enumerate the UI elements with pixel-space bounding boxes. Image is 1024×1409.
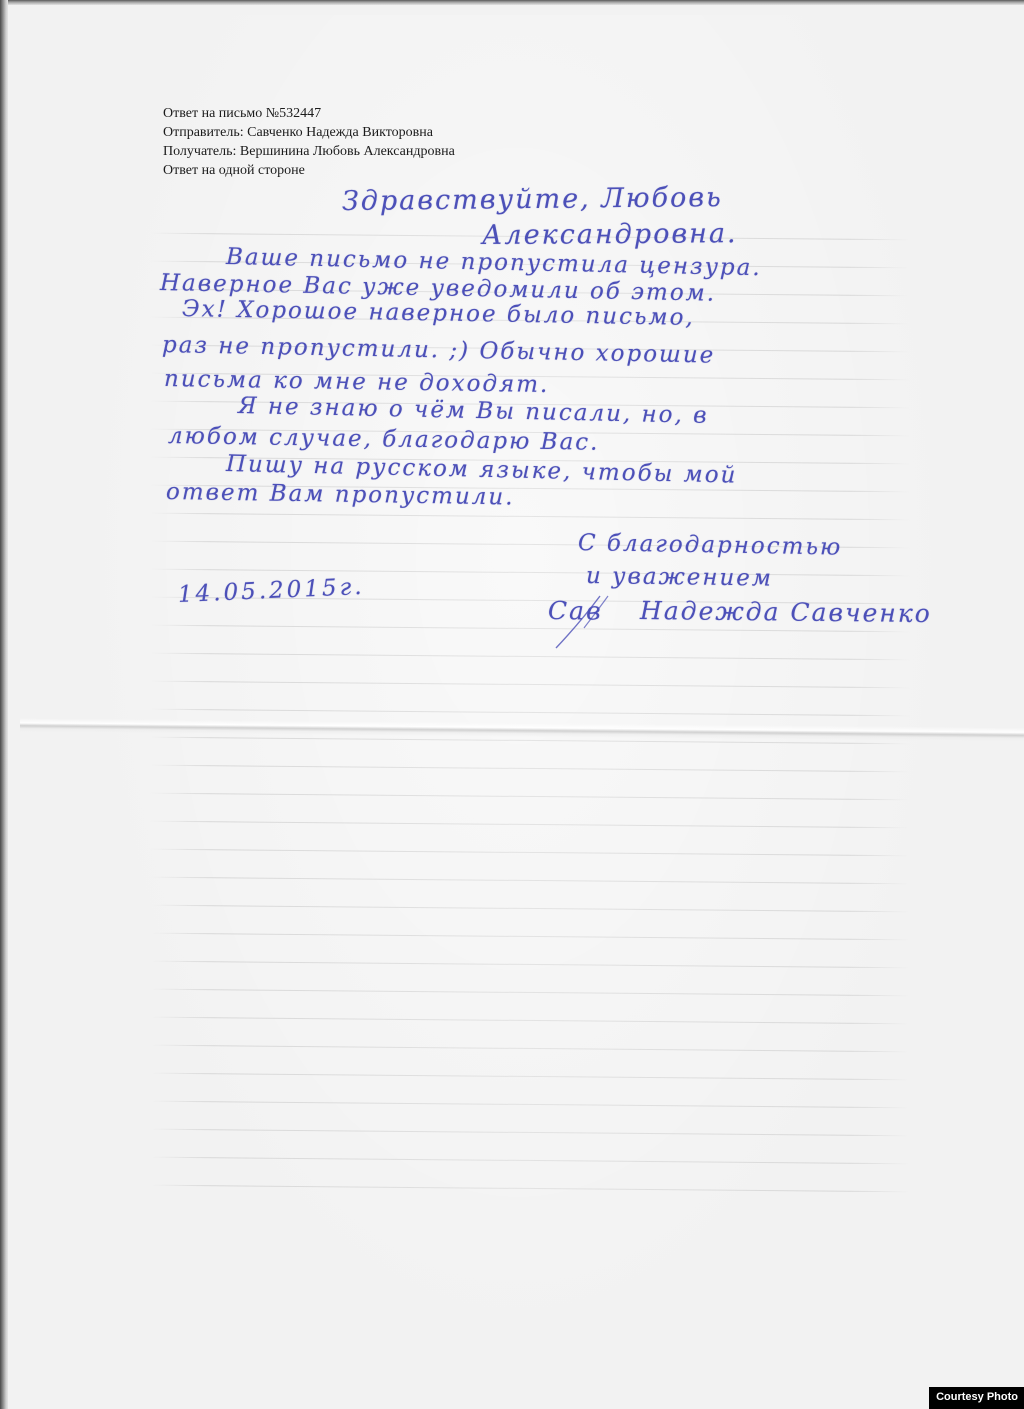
reply-reference: Ответ на письмо №532447 <box>163 104 455 123</box>
letter-page <box>8 5 1024 1409</box>
greeting-line-2: Александровна. <box>482 218 738 251</box>
greeting-line-1: Здравствуйте, Любовь <box>342 182 723 217</box>
scan-edge-left <box>0 0 8 1409</box>
closing-line-1: С благодарностью <box>578 530 843 561</box>
courtesy-photo-credit: Courtesy Photo <box>929 1387 1024 1409</box>
signature-stroke-icon <box>548 592 618 652</box>
sender-line: Отправитель: Савченко Надежда Викторовна <box>163 123 455 142</box>
signature-name: Надежда Савченко <box>640 596 932 628</box>
recipient-line: Получатель: Вершинина Любовь Александров… <box>163 142 455 161</box>
one-side-note: Ответ на одной стороне <box>163 161 455 180</box>
letter-header: Ответ на письмо №532447 Отправитель: Сав… <box>163 104 455 180</box>
closing-line-2: и уважением <box>586 563 773 592</box>
body-line-9: ответ Вам пропустили. <box>166 479 515 510</box>
